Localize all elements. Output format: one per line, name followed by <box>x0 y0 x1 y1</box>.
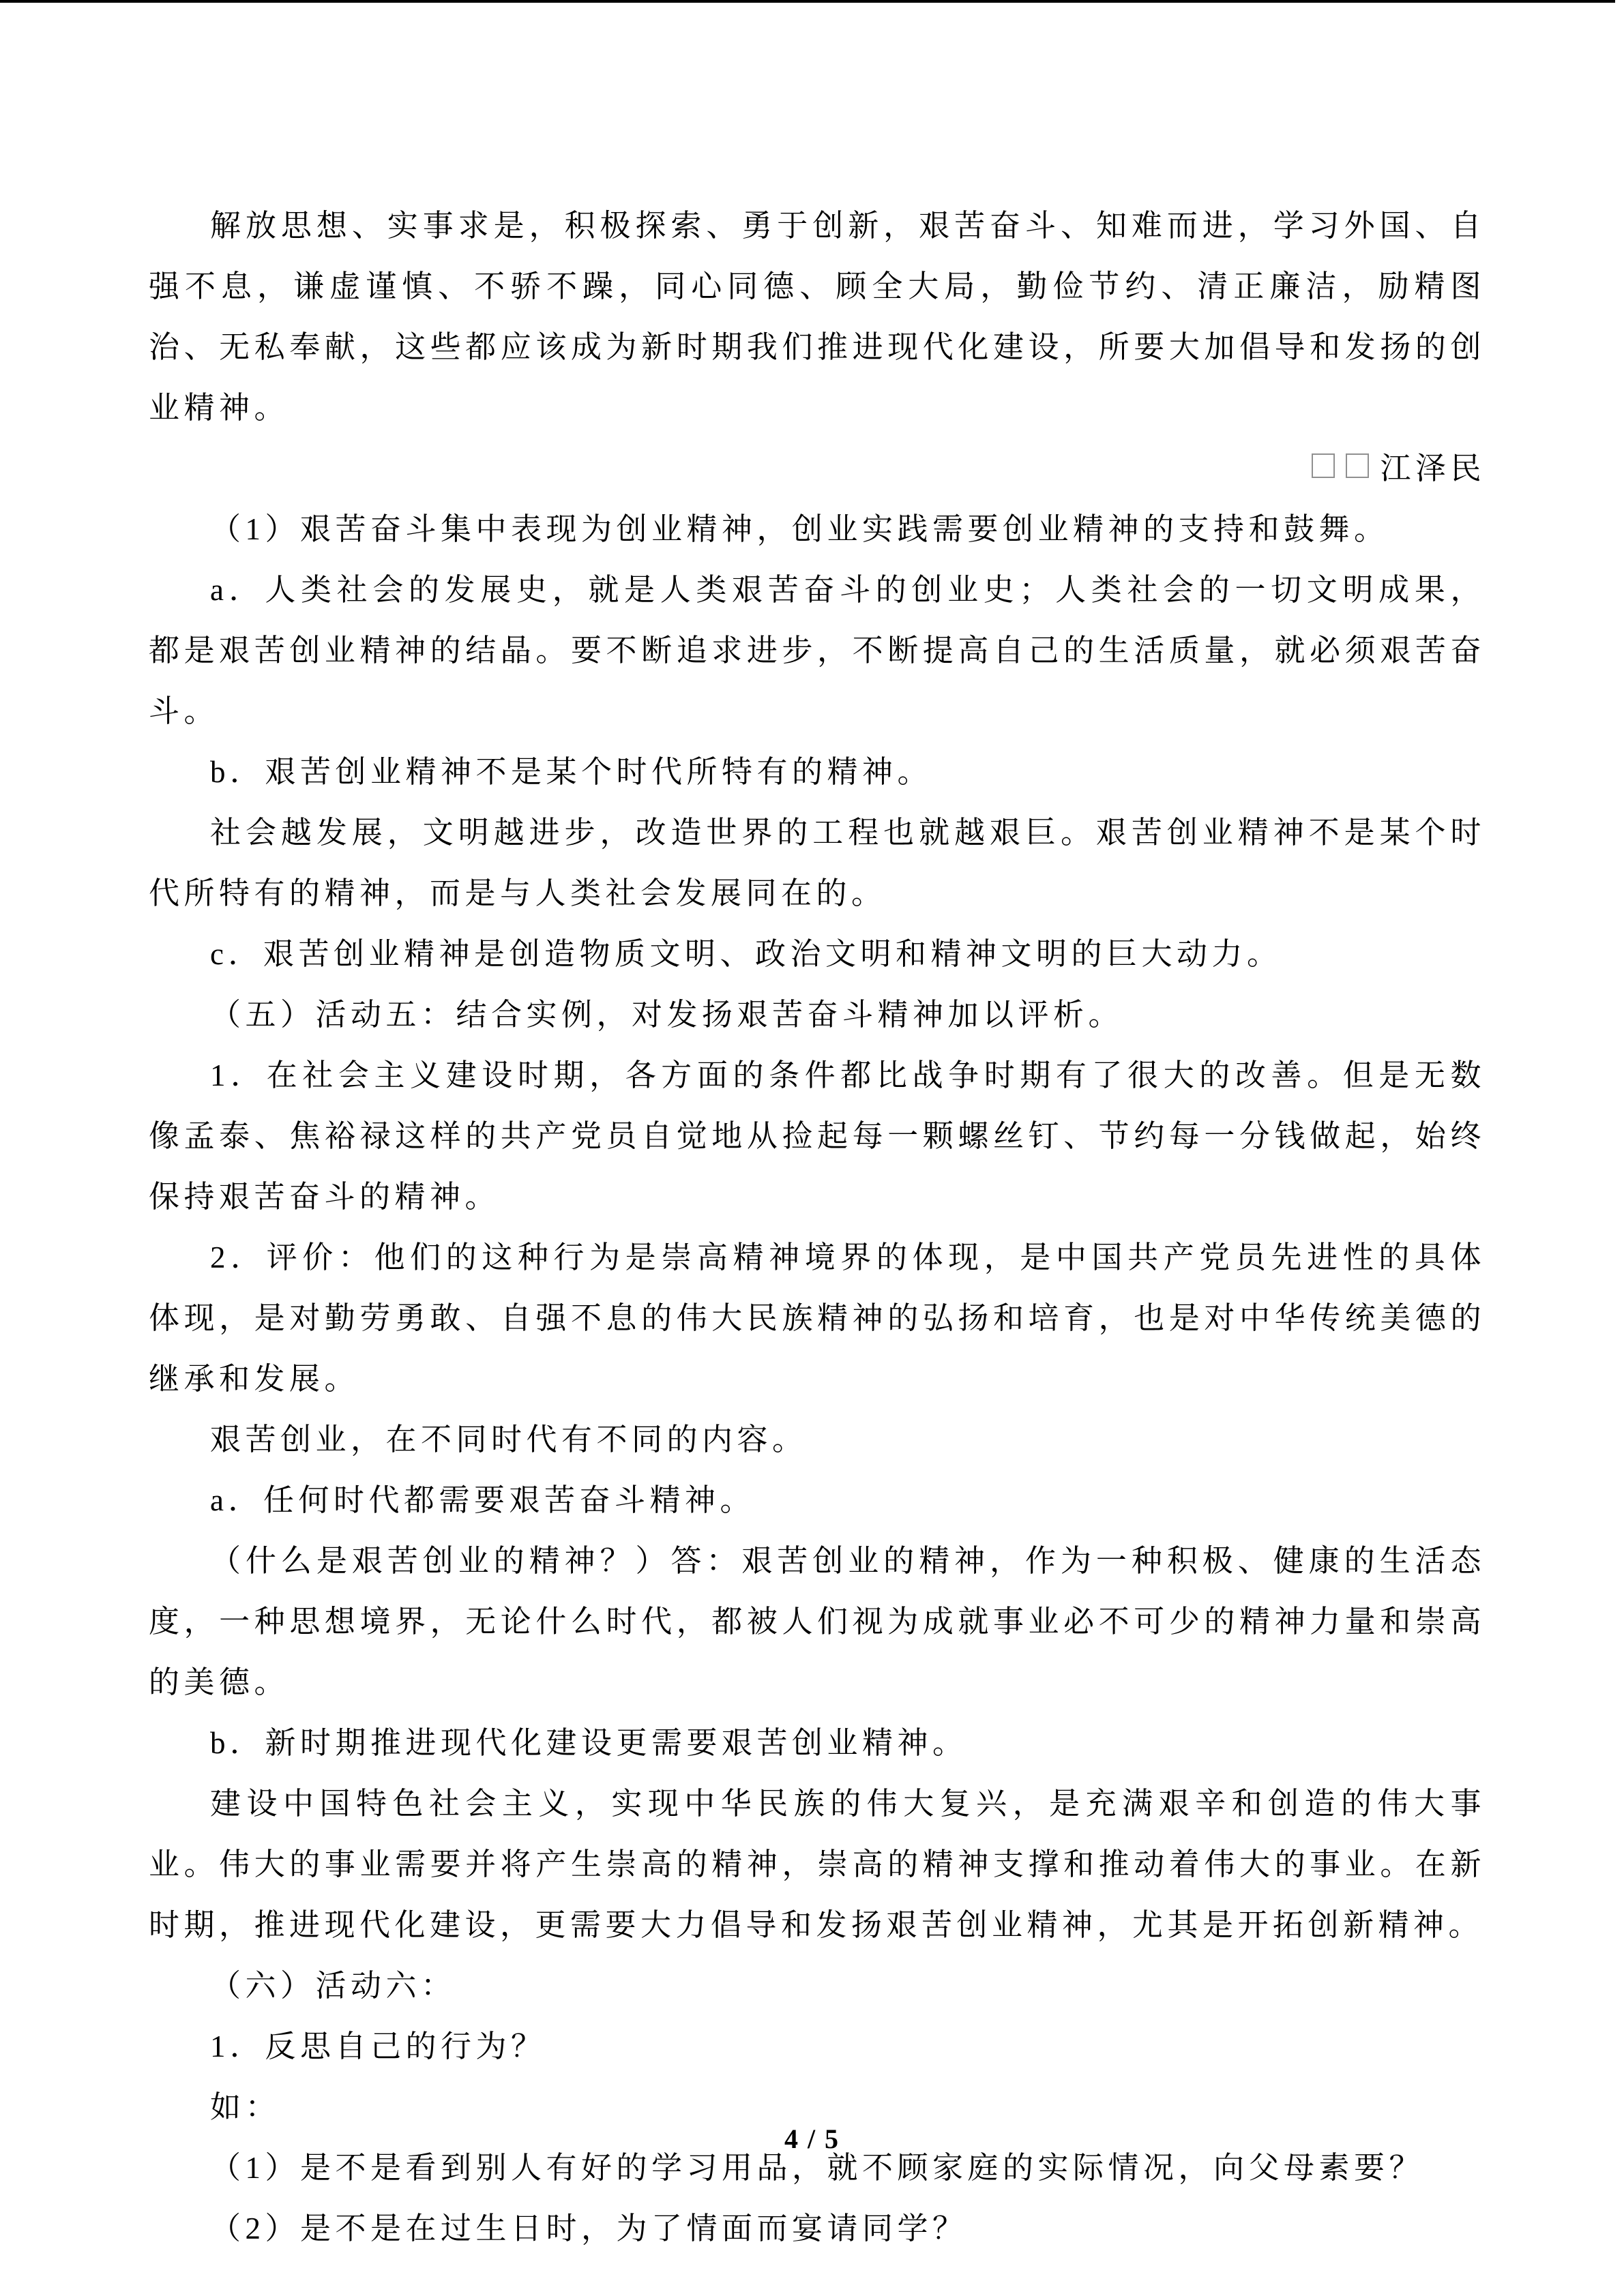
paragraph: （什么是艰苦创业的精神？）答：艰苦创业的精神，作为一种积极、健康的生活态度，一种… <box>149 1531 1486 1713</box>
paragraph: a．人类社会的发展史，就是人类艰苦奋斗的创业史；人类社会的一切文明成果，都是艰苦… <box>149 560 1486 742</box>
paragraph: 1．在社会主义建设时期，各方面的条件都比战争时期有了很大的改善。但是无数像孟泰、… <box>149 1045 1486 1227</box>
paragraph: 社会越发展，文明越进步，改造世界的工程也就越艰巨。艰苦创业精神不是某个时代所特有… <box>149 803 1486 924</box>
page-number: 4 / 5 <box>0 2123 1624 2155</box>
attribution-line: 江泽民 <box>149 438 1486 499</box>
paragraph: 2．评价：他们的这种行为是崇高精神境界的体现，是中国共产党员先进性的具体体现，是… <box>149 1227 1486 1410</box>
paragraph: （五）活动五：结合实例，对发扬艰苦奋斗精神加以评析。 <box>149 985 1486 1045</box>
missing-glyph-box <box>1346 453 1369 478</box>
paragraph: c．艰苦创业精神是创造物质文明、政治文明和精神文明的巨大动力。 <box>149 924 1486 985</box>
paragraph: 艰苦创业，在不同时代有不同的内容。 <box>149 1410 1486 1470</box>
paragraph: a．任何时代都需要艰苦奋斗精神。 <box>149 1470 1486 1531</box>
paragraph: （2）是不是在过生日时，为了情面而宴请同学？ <box>149 2198 1486 2259</box>
paragraph: （1）艰苦奋斗集中表现为创业精神，创业实践需要创业精神的支持和鼓舞。 <box>149 499 1486 560</box>
paragraph: b．艰苦创业精神不是某个时代所特有的精神。 <box>149 742 1486 803</box>
paragraph: 1．反思自己的行为？ <box>149 2016 1486 2077</box>
page-top-edge <box>0 0 1615 3</box>
paragraph: 建设中国特色社会主义，实现中华民族的伟大复兴，是充满艰辛和创造的伟大事业。伟大的… <box>149 1774 1486 1956</box>
quote-paragraph: 解放思想、实事求是，积极探索、勇于创新，艰苦奋斗、知难而进，学习外国、自强不息，… <box>149 196 1486 438</box>
document-page: 解放思想、实事求是，积极探索、勇于创新，艰苦奋斗、知难而进，学习外国、自强不息，… <box>0 0 1624 2296</box>
missing-glyph-box <box>1312 453 1335 478</box>
document-body: 解放思想、实事求是，积极探索、勇于创新，艰苦奋斗、知难而进，学习外国、自强不息，… <box>149 196 1486 2259</box>
attribution-name: 江泽民 <box>1380 451 1486 486</box>
paragraph: （六）活动六： <box>149 1956 1486 2016</box>
paragraph: b．新时期推进现代化建设更需要艰苦创业精神。 <box>149 1713 1486 1774</box>
